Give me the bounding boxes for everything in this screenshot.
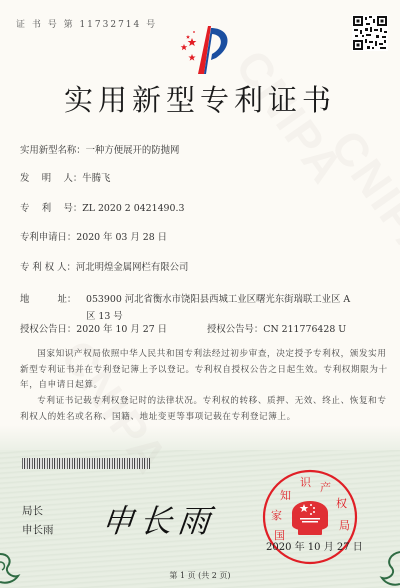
handwritten-signature: 申长雨 — [100, 496, 219, 542]
field-grant-date: 授权公告日：2020 年 10 月 27 日 — [20, 321, 167, 335]
director-name: 申长雨 — [22, 522, 54, 537]
field-value: 053900 河北省衡水市饶阳县西城工业区曙光东街瑞联工业区 A 区 13 号 — [86, 291, 356, 325]
field-value: 牛腾飞 — [82, 173, 110, 184]
field-label: 专利申请日： — [20, 229, 76, 243]
seal-date: 2020 年 10 月 27 日 — [266, 538, 363, 553]
certificate-number: 证 书 号 第 11732714 号 — [16, 17, 157, 30]
field-value: 2020 年 03 月 28 日 — [76, 232, 167, 243]
field-inventor: 发 明 人：牛腾飞 — [20, 170, 110, 184]
patent-certificate: CNIPA CNIPA CNIPA 证 书 号 第 11732714 号 — [0, 0, 400, 588]
body-paragraph-1: 国家知识产权局依照中华人民共和国专利法经过初步审查，决定授予专利权，颁发实用新型… — [20, 347, 388, 394]
field-value: 河北明煌金属网栏有限公司 — [76, 262, 189, 273]
field-value: ZL 2020 2 0421490.3 — [82, 203, 184, 214]
director-title: 局长 — [22, 503, 43, 518]
field-label: 发 明 人： — [20, 170, 82, 184]
field-label: 地 址： — [20, 291, 86, 308]
field-value: 一种方便展开的防抛网 — [86, 145, 180, 156]
cnipa-logo-icon — [164, 24, 234, 76]
field-utility-model-name: 实用新型名称：一种方便展开的防抛网 — [20, 142, 179, 156]
barcode-icon — [22, 458, 150, 469]
field-patentee: 专 利 权 人：河北明煌金属网栏有限公司 — [20, 259, 188, 273]
certificate-title: 实用新型专利证书 — [0, 78, 400, 119]
field-label: 授权公告号： — [207, 321, 263, 335]
field-address: 地 址： 053900 河北省衡水市饶阳县西城工业区曙光东街瑞联工业区 A 区 … — [20, 291, 86, 308]
field-patent-number: 专 利 号：ZL 2020 2 0421490.3 — [20, 200, 184, 214]
watermark: CNIPA — [320, 120, 400, 274]
field-label: 专 利 权 人： — [20, 259, 76, 273]
field-grant-number: 授权公告号：CN 211776428 U — [207, 321, 346, 335]
field-filing-date: 专利申请日：2020 年 03 月 28 日 — [20, 229, 167, 243]
field-label: 授权公告日： — [20, 321, 76, 335]
body-paragraph-2: 专利证书记载专利权登记时的法律状况。专利权的转移、质押、无效、终止、恢复和专利权… — [20, 394, 388, 425]
field-label: 实用新型名称： — [20, 142, 86, 156]
page-number: 第 1 页 (共 2 页) — [0, 570, 400, 581]
corner-ornament-icon — [0, 548, 22, 588]
field-value: 2020 年 10 月 27 日 — [76, 324, 167, 335]
field-label: 专 利 号： — [20, 200, 82, 214]
qr-code-icon[interactable] — [352, 15, 388, 51]
corner-ornament-icon — [374, 548, 400, 588]
field-value: CN 211776428 U — [263, 324, 346, 335]
